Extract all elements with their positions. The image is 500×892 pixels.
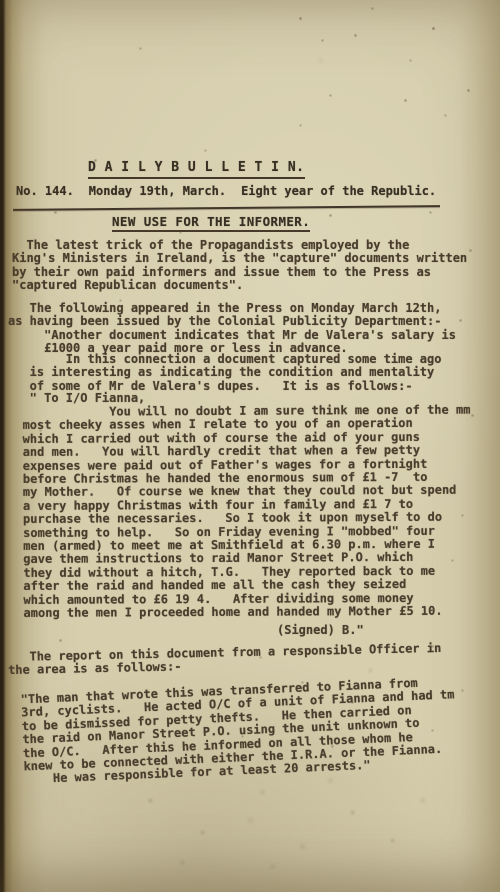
press-paragraph: The following appeared in the Press on M… <box>8 302 441 329</box>
text-line: as having been issued by the Colonial Pu… <box>8 315 441 328</box>
issue-number: No. 144. <box>16 184 74 198</box>
masthead-title: D A I L Y B U L L E T I N. <box>88 161 305 179</box>
informer-letter: You will no doubt I am sure think me one… <box>8 404 471 621</box>
text-line: King's Ministers in Ireland, is the "cap… <box>12 252 467 265</box>
connection-paragraph: In this connection a document captured s… <box>8 353 441 393</box>
issue-year: Eight year of the Republic. <box>241 184 436 198</box>
divider-rule <box>13 205 440 211</box>
text-line: among the men I proceeded home and hande… <box>9 605 471 621</box>
article-headline: NEW USE FOR THE INFORMER. <box>112 215 310 232</box>
report-quote: "The man that wrote this was transferred… <box>6 675 457 788</box>
intro-paragraph: The latest trick of the Propagandists em… <box>12 239 467 293</box>
text-line: "captured Republican documents". <box>12 279 467 292</box>
paper-speckles <box>0 0 1 1</box>
signed-line: (Signed) B." <box>277 624 364 637</box>
issue-line: No. 144.Monday 19th, March.Eight year of… <box>16 185 451 198</box>
paper-page: D A I L Y B U L L E T I N. No. 144.Monda… <box>0 0 500 892</box>
ink-bleed-smudges <box>0 0 1 1</box>
text-line: is interesting as indicating the conditi… <box>8 366 441 379</box>
report-intro: The report on this document from a respo… <box>8 642 442 678</box>
issue-date: Monday 19th, March. <box>89 184 226 198</box>
